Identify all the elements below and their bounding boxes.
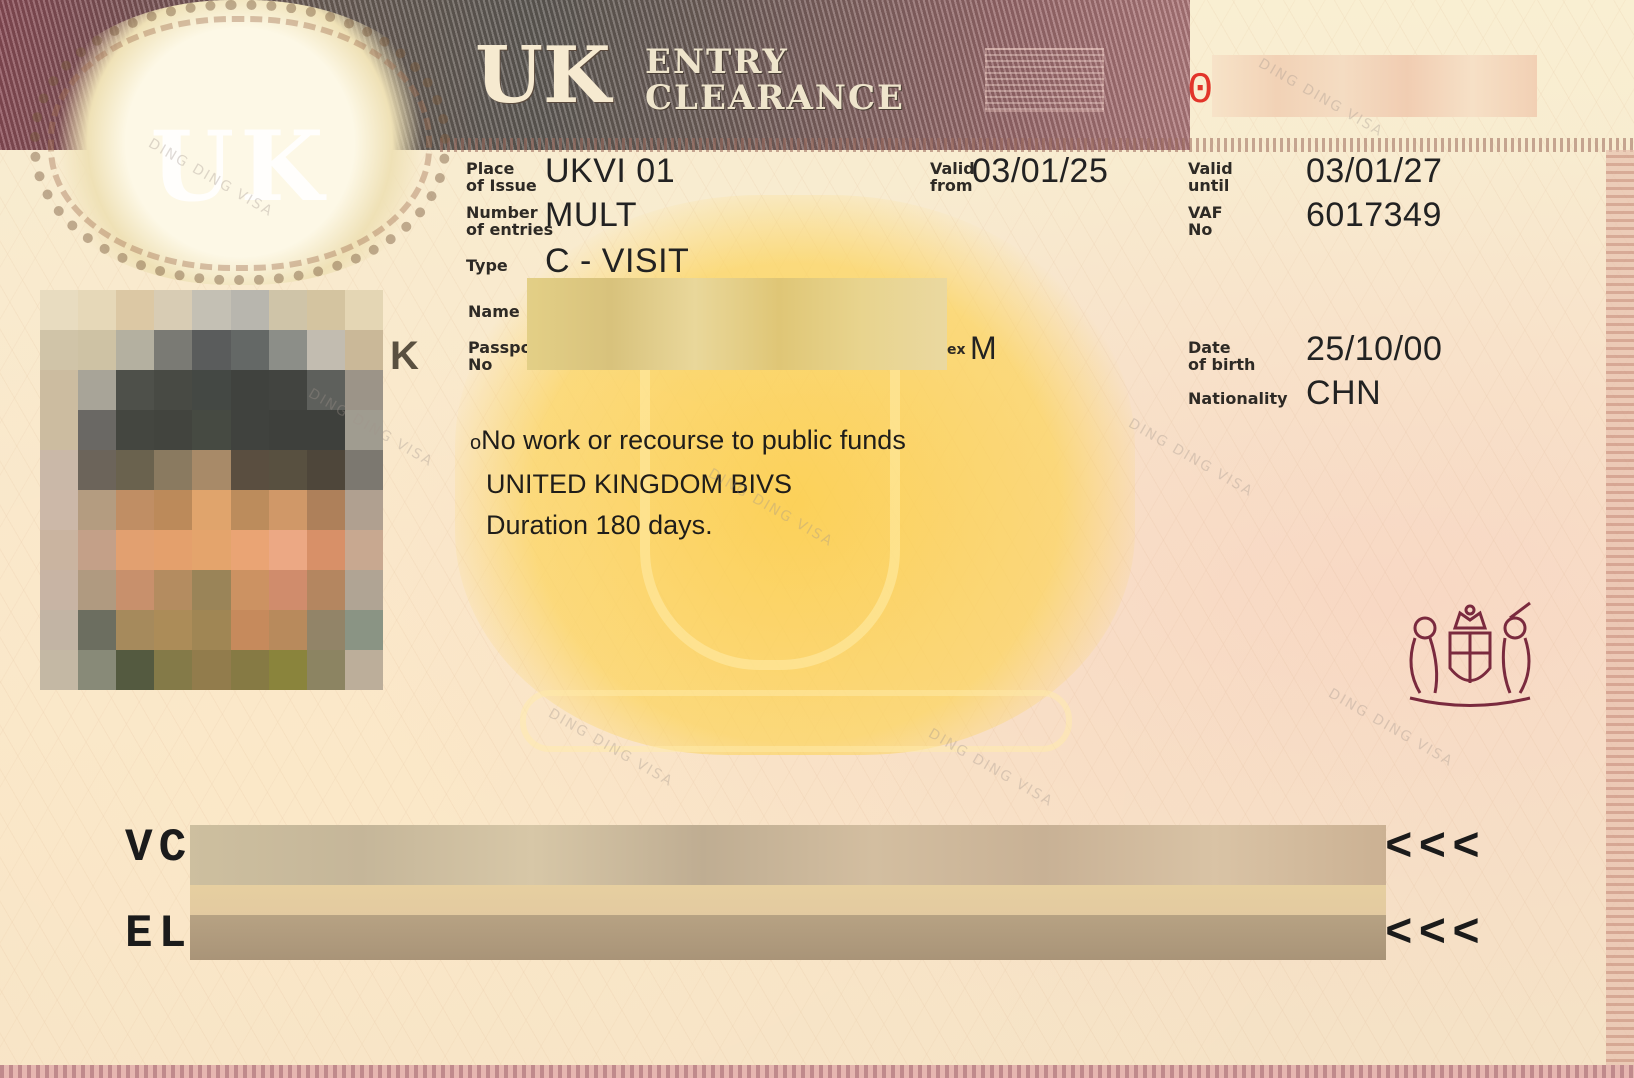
photo-pixel [192, 290, 230, 330]
photo-pixel [154, 490, 192, 530]
photo-pixel [231, 370, 269, 410]
photo-pixel [78, 530, 116, 570]
photo-pixel [345, 570, 383, 610]
place-of-issue-value: UKVI 01 [545, 152, 675, 191]
photo-pixel [154, 290, 192, 330]
label-line: of birth [1188, 356, 1255, 373]
photo-pixel [116, 290, 154, 330]
name-label: Name [468, 303, 520, 320]
photo-pixel [269, 330, 307, 370]
type-value: C - VISIT [545, 242, 689, 281]
valid-until-value: 03/01/27 [1306, 152, 1442, 191]
photo-pixel [78, 570, 116, 610]
mrz-line-2-suffix: <<< [1385, 908, 1486, 960]
title-line-1: ENTRY [645, 44, 905, 80]
photo-pixel [78, 490, 116, 530]
valid-until-label: Valid until [1188, 160, 1233, 194]
photo-pixel [116, 570, 154, 610]
photo-pixel [192, 650, 230, 690]
photo-pixel [231, 330, 269, 370]
valid-from-label: Valid from [930, 160, 975, 194]
label-line: from [930, 177, 975, 194]
photo-pixel [269, 490, 307, 530]
place-of-issue-label: Place of Issue [466, 160, 537, 194]
rosette-uk-text: UK [90, 110, 390, 223]
label-line: until [1188, 177, 1233, 194]
photo-pixel [231, 610, 269, 650]
nationality-label: Nationality [1188, 390, 1288, 407]
photo-pixel [345, 450, 383, 490]
photo-pixel [192, 610, 230, 650]
photo-pixel [40, 490, 78, 530]
photo-pixel [40, 290, 78, 330]
label-line: Number [466, 204, 553, 221]
photo-pixel [269, 290, 307, 330]
sex-value: M [970, 330, 997, 367]
photo-pixel [154, 570, 192, 610]
photo-pixel [307, 530, 345, 570]
photo-pixel [345, 530, 383, 570]
label-line: Passpo [468, 339, 532, 356]
holder-photo-redacted [40, 290, 383, 690]
photo-pixel [40, 370, 78, 410]
photo-pixel [154, 450, 192, 490]
photo-pixel [345, 290, 383, 330]
photo-pixel [40, 410, 78, 450]
photo-pixel [78, 330, 116, 370]
label-line: Valid [1188, 160, 1233, 177]
photo-pixel [116, 450, 154, 490]
passport-no-label: Passpo No [468, 339, 532, 373]
endorsement-line-1: oNo work or recourse to public funds [470, 425, 906, 456]
number-of-entries-value: MULT [545, 196, 637, 235]
photo-pixel [154, 650, 192, 690]
photo-pixel [154, 410, 192, 450]
entry-clearance-title: ENTRY CLEARANCE [645, 44, 905, 116]
photo-pixel [116, 530, 154, 570]
photo-pixel [40, 330, 78, 370]
photo-pixel [269, 570, 307, 610]
photo-pixel [345, 330, 383, 370]
photo-pixel [154, 530, 192, 570]
photo-pixel [192, 530, 230, 570]
label-line: No [468, 356, 532, 373]
photo-pixel [116, 610, 154, 650]
date-of-birth-label: Date of birth [1188, 339, 1255, 373]
photo-pixel [231, 650, 269, 690]
photo-pixel [40, 570, 78, 610]
photo-pixel [307, 570, 345, 610]
name-passport-redacted [527, 278, 947, 370]
photo-pixel [231, 490, 269, 530]
photo-pixel [345, 610, 383, 650]
uk-logo: UK [475, 30, 611, 121]
stamp-fragment: K [390, 334, 419, 379]
royal-coat-of-arms-icon [1395, 598, 1545, 713]
mrz-line-2-redacted [190, 885, 1386, 960]
photo-pixel [116, 410, 154, 450]
photo-pixel [307, 610, 345, 650]
serial-number-prefix: 0 [1187, 66, 1213, 116]
photo-pixel [192, 330, 230, 370]
photo-pixel [231, 410, 269, 450]
photo-pixel [231, 290, 269, 330]
vaf-no-label: VAF No [1188, 204, 1223, 238]
photo-pixel [307, 650, 345, 690]
label-line: Place [466, 160, 537, 177]
photo-pixel [78, 410, 116, 450]
photo-pixel [78, 370, 116, 410]
photo-pixel [307, 450, 345, 490]
photo-pixel [78, 290, 116, 330]
photo-pixel [192, 370, 230, 410]
photo-pixel [154, 610, 192, 650]
photo-pixel [116, 370, 154, 410]
photo-pixel [307, 290, 345, 330]
label-line: of entries [466, 221, 553, 238]
label-line: Date [1188, 339, 1255, 356]
photo-pixel [307, 490, 345, 530]
type-label: Type [466, 257, 508, 274]
label-line: Valid [930, 160, 975, 177]
vaf-no-value: 6017349 [1306, 196, 1442, 235]
photo-pixel [78, 610, 116, 650]
photo-pixel [345, 490, 383, 530]
photo-pixel [192, 570, 230, 610]
page-right-edge [1606, 150, 1634, 1070]
photo-pixel [116, 650, 154, 690]
endorsement-prefix: o [470, 432, 481, 454]
header-border-pattern [440, 138, 1634, 152]
photo-pixel [78, 650, 116, 690]
photo-pixel [154, 330, 192, 370]
photo-pixel [40, 450, 78, 490]
date-of-birth-value: 25/10/00 [1306, 330, 1442, 369]
photo-pixel [231, 530, 269, 570]
sex-label: ex [947, 342, 966, 359]
photo-pixel [192, 410, 230, 450]
label-line: VAF [1188, 204, 1223, 221]
photo-pixel [40, 610, 78, 650]
photo-pixel [116, 490, 154, 530]
visa-page: UK UK ENTRY CLEARANCE 0 K Place of Issue… [0, 0, 1634, 1078]
photo-pixel [78, 450, 116, 490]
mrz-line-1-suffix: <<< [1385, 822, 1486, 874]
title-line-2: CLEARANCE [645, 80, 905, 116]
photo-pixel [345, 650, 383, 690]
nationality-value: CHN [1306, 374, 1381, 413]
photo-pixel [154, 370, 192, 410]
photo-pixel [269, 370, 307, 410]
maze-pattern-icon [985, 48, 1104, 112]
photo-pixel [345, 370, 383, 410]
photo-pixel [231, 450, 269, 490]
valid-from-value: 03/01/25 [972, 152, 1108, 191]
endorsement-text: No work or recourse to public funds [481, 425, 906, 455]
photo-pixel [40, 530, 78, 570]
photo-pixel [231, 570, 269, 610]
photo-pixel [192, 450, 230, 490]
number-of-entries-label: Number of entries [466, 204, 553, 238]
mrz-line-1-redacted [190, 825, 1386, 885]
endorsement-line-3: Duration 180 days. [486, 510, 713, 541]
photo-pixel [192, 490, 230, 530]
photo-pixel [269, 610, 307, 650]
photo-pixel [269, 450, 307, 490]
page-bottom-edge [0, 1065, 1634, 1078]
photo-pixel [269, 410, 307, 450]
photo-pixel [40, 650, 78, 690]
photo-pixel [269, 530, 307, 570]
label-line: of Issue [466, 177, 537, 194]
photo-pixel [307, 330, 345, 370]
mrz-line-2-prefix: EL [125, 908, 192, 960]
photo-pixel [116, 330, 154, 370]
mrz-line-1-prefix: VC [125, 822, 192, 874]
label-line: No [1188, 221, 1223, 238]
photo-pixel [269, 650, 307, 690]
